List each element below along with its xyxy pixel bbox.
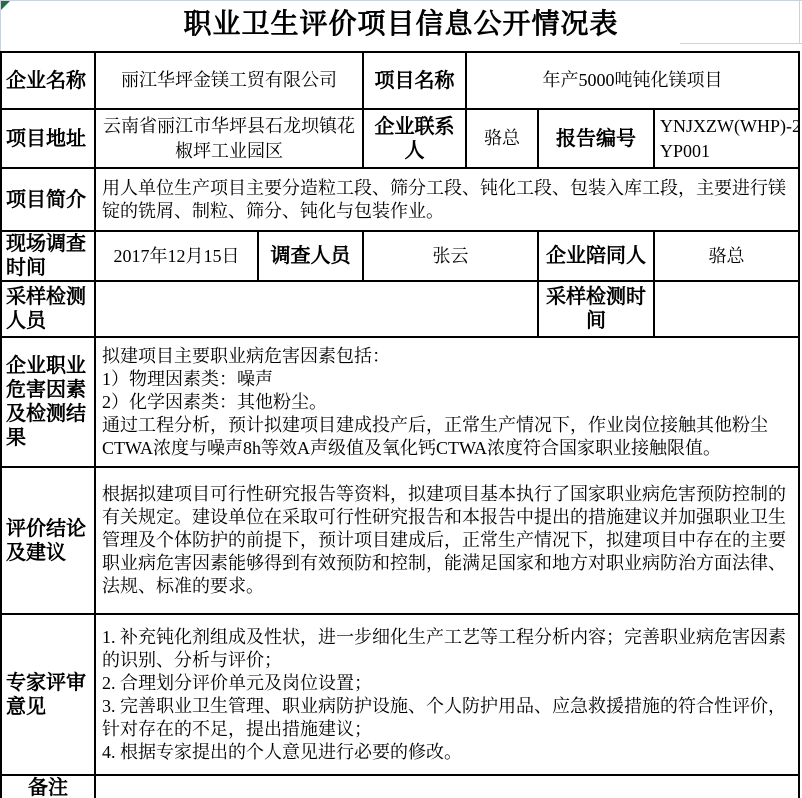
row-expert: 专家评审意见 1. 补充钝化剂组成及性状，进一步细化生产工艺等工程分析内容；完善… <box>1 614 799 775</box>
remark-value <box>95 775 799 798</box>
sampling-personnel-value <box>95 281 538 337</box>
project-name-value: 年产5000吨钝化镁项目 <box>466 52 799 109</box>
company-name-label: 企业名称 <box>1 52 95 109</box>
company-name-value: 丽江华坪金镁工贸有限公司 <box>95 52 363 109</box>
row-conclusion: 评价结论及建议 根据拟建项目可行性研究报告等资料，拟建项目基本执行了国家职业病危… <box>1 467 799 614</box>
hazards-value: 拟建项目主要职业病危害因素包括： 1）物理因素类：噪声 2）化学因素类：其他粉尘… <box>95 337 799 467</box>
info-table: 企业名称 丽江华坪金镁工贸有限公司 项目名称 年产5000吨钝化镁项目 项目地址… <box>0 51 800 798</box>
row-address: 项目地址 云南省丽江市华坪县石龙坝镇花椒坪工业园区 企业联系人 骆总 报告编号 … <box>1 109 799 168</box>
hazards-label: 企业职业危害因素及检测结果 <box>1 337 95 467</box>
expert-opinion-value: 1. 补充钝化剂组成及性状，进一步细化生产工艺等工程分析内容；完善职业病危害因素… <box>95 614 799 775</box>
row-remark: 备注 <box>1 775 799 798</box>
escort-label: 企业陪同人 <box>538 231 654 281</box>
conclusion-label: 评价结论及建议 <box>1 467 95 614</box>
project-name-label: 项目名称 <box>363 52 466 109</box>
report-no-label: 报告编号 <box>538 109 654 168</box>
project-address-value: 云南省丽江市华坪县石龙坝镇花椒坪工业园区 <box>95 109 363 168</box>
row-company: 企业名称 丽江华坪金镁工贸有限公司 项目名称 年产5000吨钝化镁项目 <box>1 52 799 109</box>
escort-value: 骆总 <box>654 231 799 281</box>
sampling-time-label: 采样检测时间 <box>538 281 654 337</box>
report-no-value: YNJXZW(WHP)-2018-YP001 <box>654 109 799 168</box>
remark-label: 备注 <box>1 775 95 798</box>
project-address-label: 项目地址 <box>1 109 95 168</box>
investigator-value: 张云 <box>363 231 538 281</box>
row-sampling: 采样检测人员 采样检测时间 <box>1 281 799 337</box>
sampling-personnel-label: 采样检测人员 <box>1 281 95 337</box>
survey-time-label: 现场调查时间 <box>1 231 95 281</box>
row-survey: 现场调查时间 2017年12月15日 调查人员 张云 企业陪同人 骆总 <box>1 231 799 281</box>
page-title: 职业卫生评价项目信息公开情况表 <box>0 0 802 50</box>
document-sheet: 职业卫生评价项目信息公开情况表 企业名称 丽江华坪金镁工贸有限公司 项目名称 年… <box>0 0 802 798</box>
contact-value: 骆总 <box>466 109 538 168</box>
intro-value: 用人单位生产项目主要分造粒工段、筛分工段、钝化工段、包装入库工段，主要进行镁锭的… <box>95 168 799 231</box>
survey-date-value: 2017年12月15日 <box>95 231 258 281</box>
intro-label: 项目简介 <box>1 168 95 231</box>
conclusion-value: 根据拟建项目可行性研究报告等资料，拟建项目基本执行了国家职业病危害预防控制的有关… <box>95 467 799 614</box>
expert-opinion-label: 专家评审意见 <box>1 614 95 775</box>
sampling-time-value <box>654 281 799 337</box>
row-hazards: 企业职业危害因素及检测结果 拟建项目主要职业病危害因素包括： 1）物理因素类：噪… <box>1 337 799 467</box>
row-intro: 项目简介 用人单位生产项目主要分造粒工段、筛分工段、钝化工段、包装入库工段，主要… <box>1 168 799 231</box>
investigator-label: 调查人员 <box>258 231 363 281</box>
contact-label: 企业联系人 <box>363 109 466 168</box>
